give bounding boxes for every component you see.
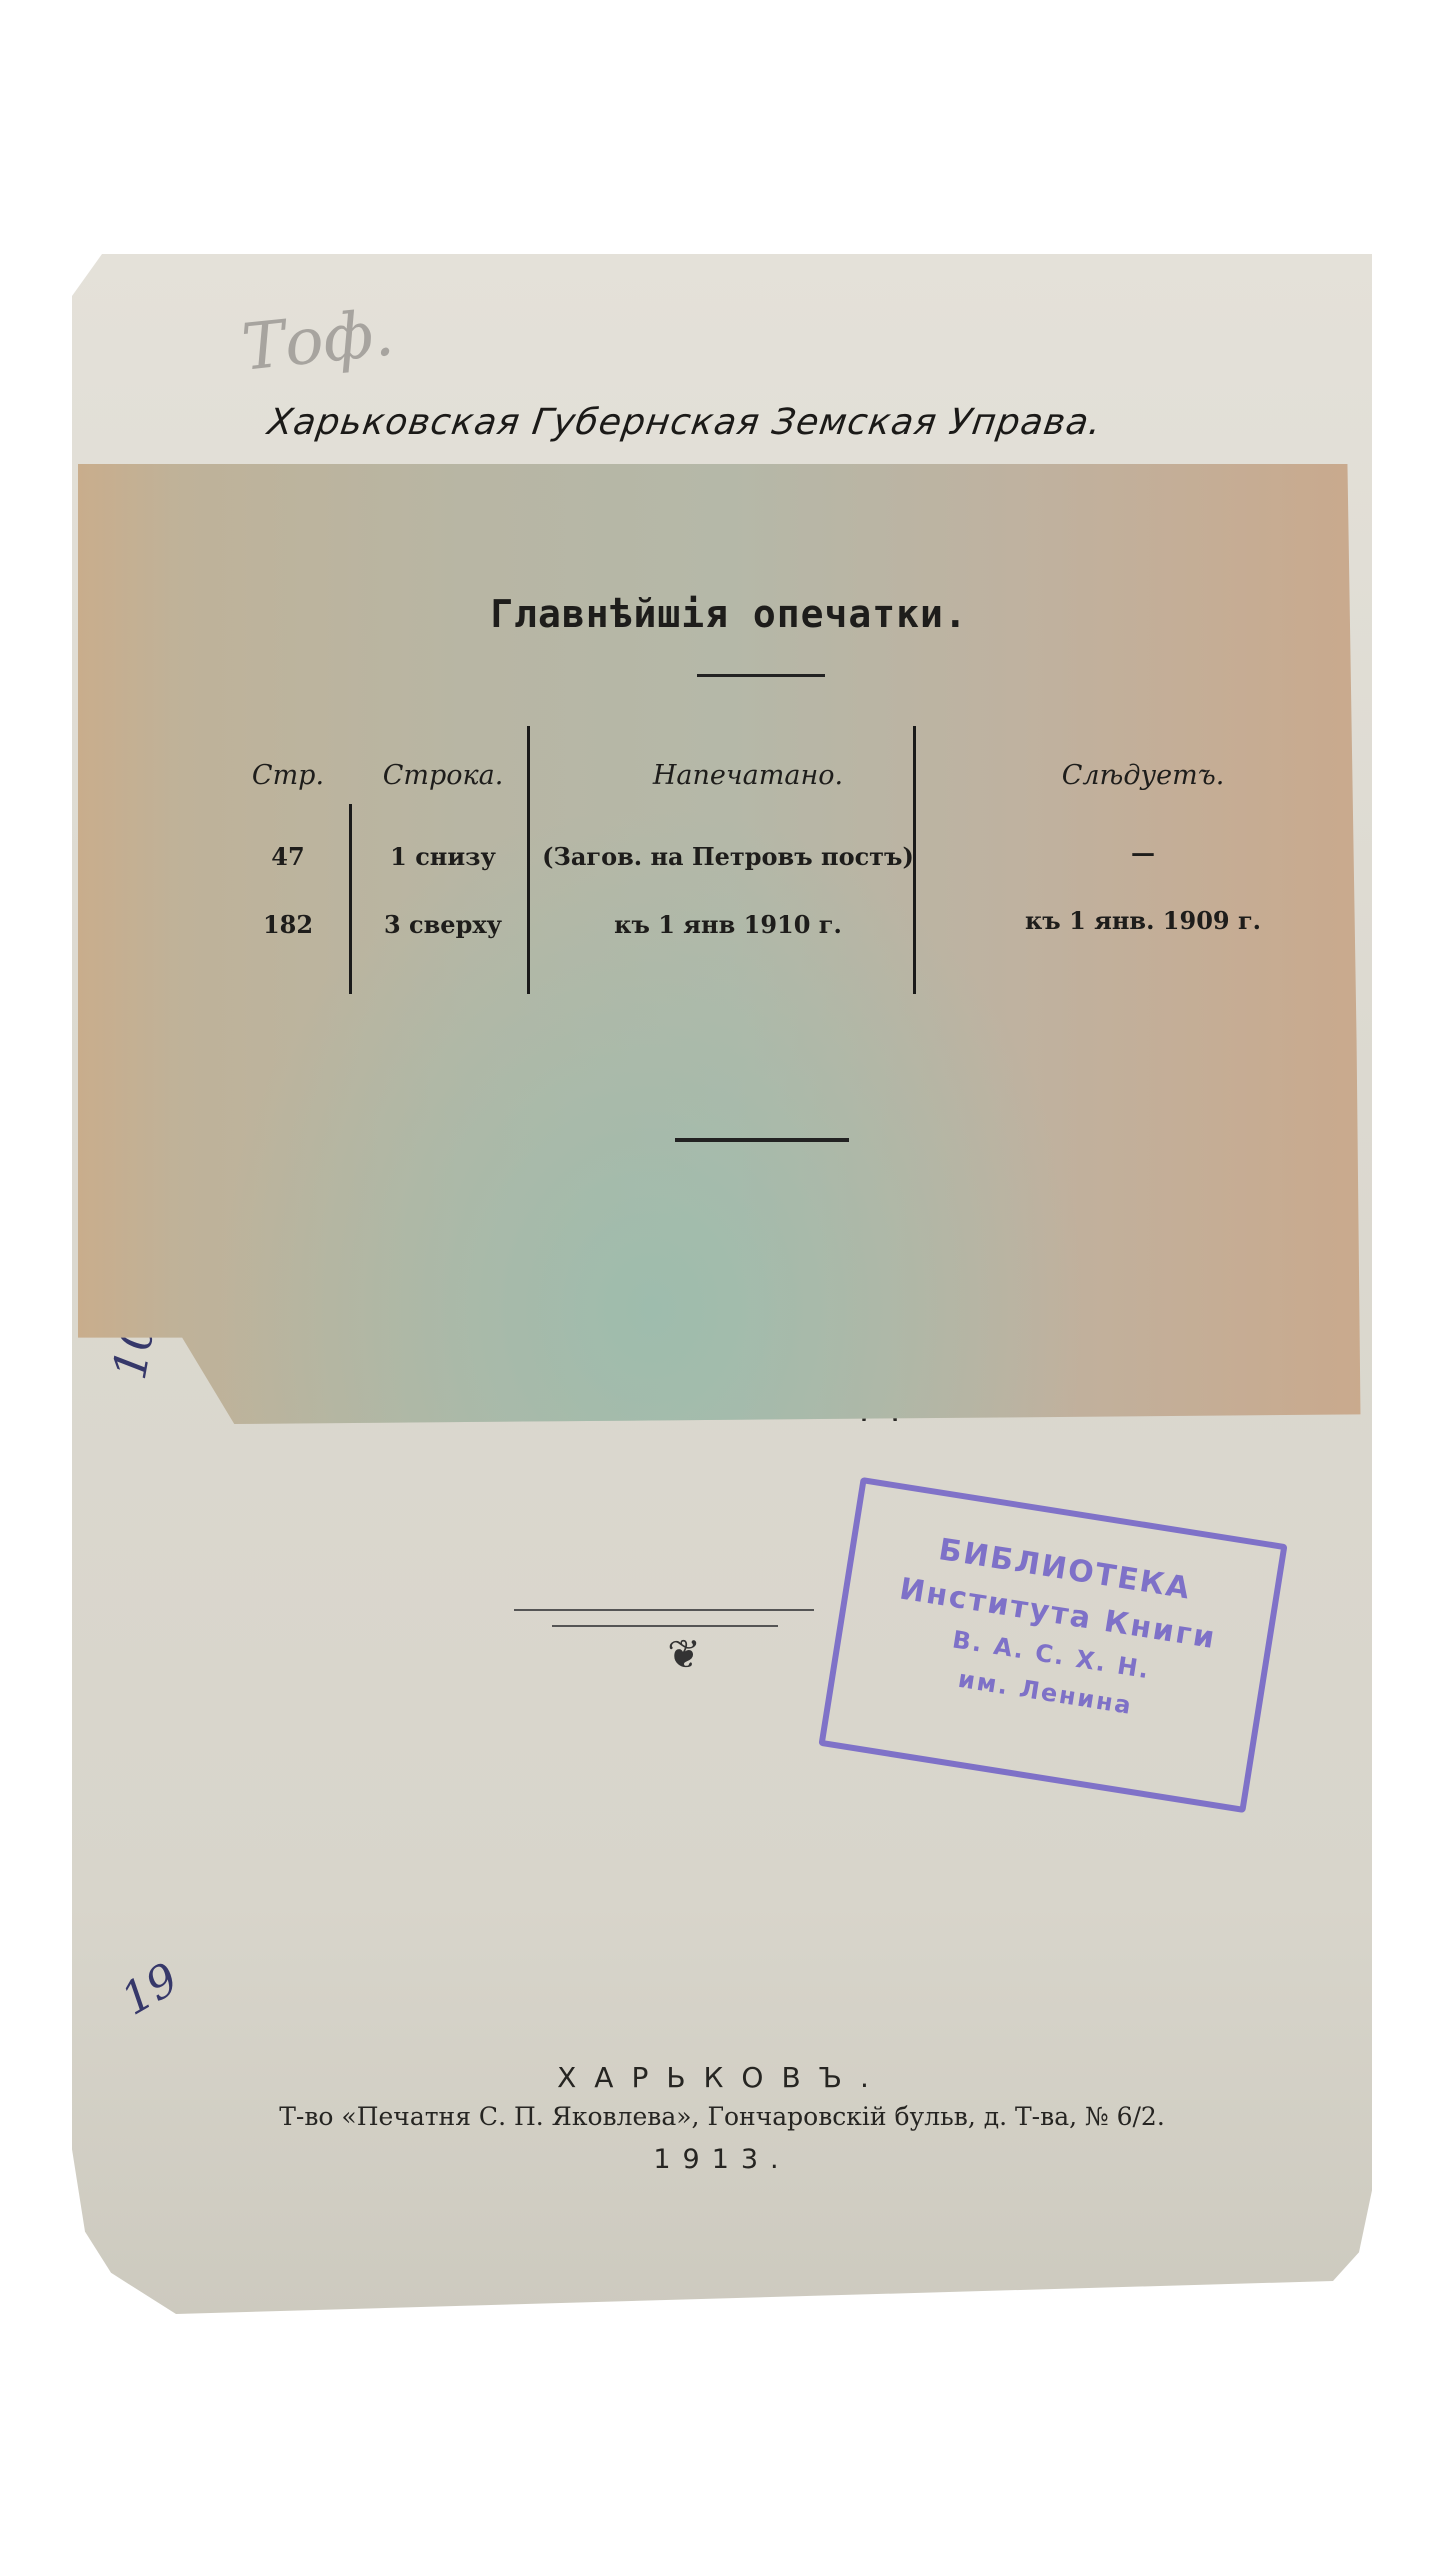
decorative-rule	[552, 1625, 778, 1627]
imprint-year: 1913.	[72, 2144, 1372, 2175]
column-divider	[349, 804, 352, 994]
decorative-rule	[514, 1609, 814, 1611]
row-1-page: 47	[238, 842, 338, 871]
margin-mark: 19	[113, 1953, 187, 2025]
pencil-signature: Тоф.	[239, 296, 398, 385]
imprint-city: ХАРЬКОВЪ.	[72, 2061, 1372, 2094]
row-2-line: 3 сверху	[358, 910, 528, 939]
imprint-press: Т-во «Печатня С. П. Яковлева», Гончаровс…	[72, 2102, 1372, 2131]
row-2-page: 182	[238, 910, 338, 939]
ornament-icon: ❦	[654, 1632, 714, 1678]
row-1-line: 1 снизу	[358, 842, 528, 871]
row-2-should-be: къ 1 янв. 1909 г.	[968, 906, 1318, 935]
row-1-printed: (Загов. на Петровъ постъ)	[528, 842, 928, 871]
library-stamp: БИБЛИОТЕКА Института Книги В. А. С. Х. Н…	[818, 1477, 1287, 1813]
column-header-page: Стр.	[238, 760, 338, 791]
errata-title: Главнѣйшія опечатки.	[78, 592, 1380, 636]
publisher-header: Харьковская Губернская Земская Управа.	[265, 402, 1104, 443]
column-header-line: Строка.	[358, 760, 528, 791]
column-header-printed: Напечатано.	[528, 760, 968, 791]
column-header-should-be: Слѣдуетъ.	[968, 760, 1318, 791]
errata-slip: Главнѣйшія опечатки. Стр. Строка. Напеча…	[78, 464, 1380, 1424]
title-rule	[697, 674, 825, 677]
row-2-printed: къ 1 янв 1910 г.	[528, 910, 928, 939]
row-1-should-be: —	[968, 838, 1318, 867]
closing-rule	[675, 1138, 849, 1142]
